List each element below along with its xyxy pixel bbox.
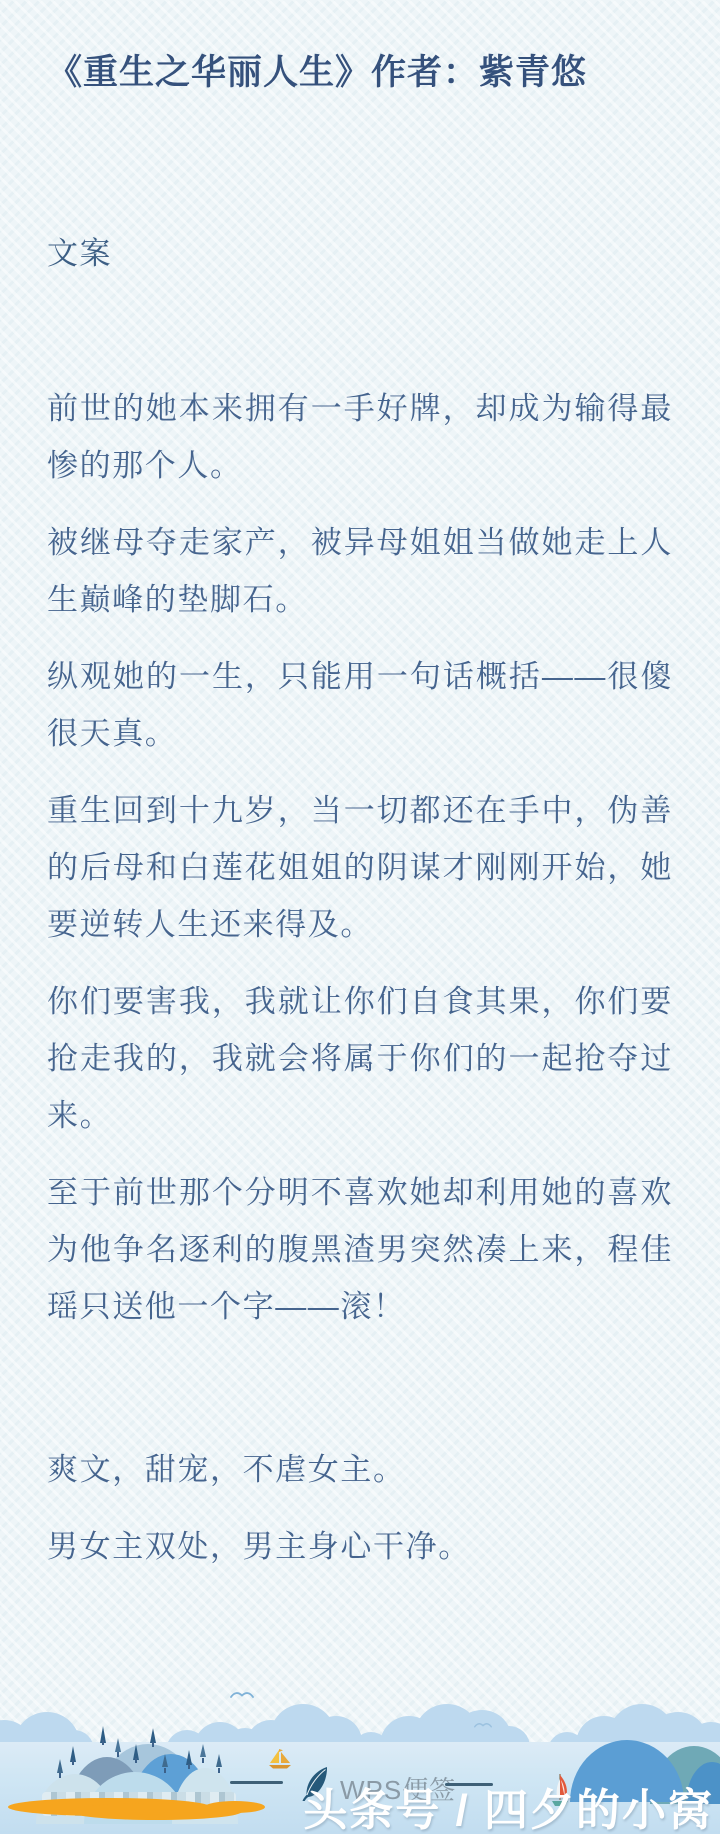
tree-icon <box>162 1754 168 1767</box>
paragraph: 前世的她本来拥有一手好牌，却成为输得最惨的那个人。 <box>47 380 673 494</box>
note-content: 《重生之华丽人生》作者：紫青悠 文案 前世的她本来拥有一手好牌，却成为输得最惨的… <box>0 0 720 1575</box>
yellow-sailboat-icon <box>266 1748 294 1770</box>
tree-icon <box>57 1759 63 1773</box>
note-page: 《重生之华丽人生》作者：紫青悠 文案 前世的她本来拥有一手好牌，却成为输得最惨的… <box>0 0 720 1834</box>
island-sand <box>205 1801 265 1813</box>
tree-icon <box>115 1738 121 1752</box>
page-title: 《重生之华丽人生》作者：紫青悠 <box>47 50 673 96</box>
footer-illustration: WPS便签 头条号 / 四夕的小窝 <box>0 1664 720 1834</box>
paragraph: 爽文，甜宠，不虐女主。 <box>47 1441 673 1498</box>
tree-icon <box>200 1744 206 1757</box>
paragraph: 至于前世那个分明不喜欢她却利用她的喜欢为他争名逐利的腹黑渣男突然凑上来，程佳瑶只… <box>47 1164 673 1335</box>
tree-icon <box>70 1746 76 1762</box>
paragraph: 男女主双处，男主身心干净。 <box>47 1518 673 1575</box>
tree-icon <box>133 1744 139 1760</box>
tree-icon <box>150 1728 156 1743</box>
paragraph: 纵观她的一生，只能用一句话概括——很傻很天真。 <box>47 648 673 762</box>
tree-icon <box>100 1726 106 1743</box>
watermark-text: 头条号 / 四夕的小窝 <box>303 1774 714 1834</box>
divider-line-left <box>230 1781 283 1784</box>
section-label: 文案 <box>47 232 673 276</box>
paragraph: 重生回到十九岁，当一切都还在手中，伪善的后母和白莲花姐姐的阴谋才刚刚开始，她要逆… <box>47 782 673 953</box>
paragraph: 被继母夺走家产，被异母姐姐当做她走上人生巅峰的垫脚石。 <box>47 514 673 628</box>
tree-icon <box>216 1754 222 1767</box>
paragraph: 你们要害我，我就让你们自食其果，你们要抢走我的，我就会将属于你们的一起抢夺过来。 <box>47 973 673 1144</box>
tree-icon <box>186 1750 192 1765</box>
